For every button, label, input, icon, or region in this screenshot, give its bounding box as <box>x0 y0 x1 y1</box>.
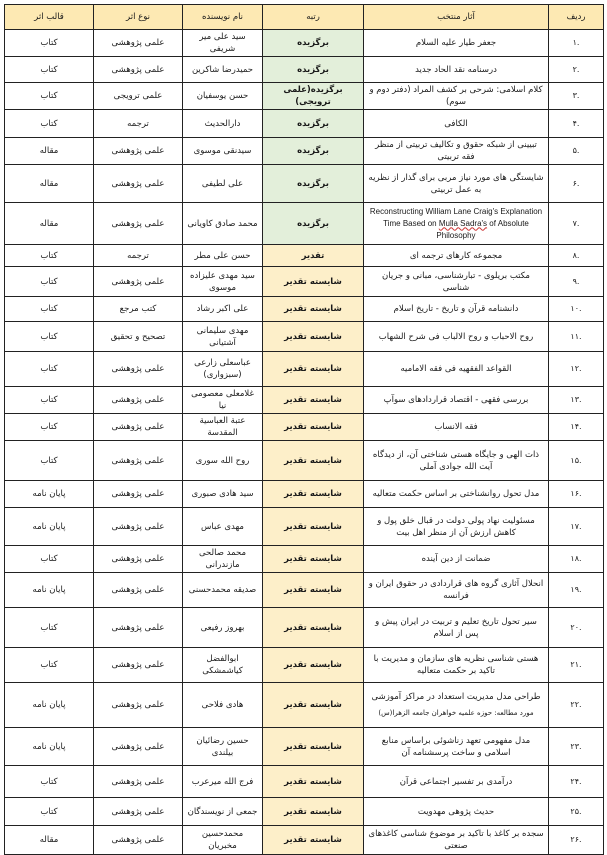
author-name: سید مهدی علیزاده موسوی <box>183 267 263 297</box>
table-row: .۲۳مدل مفهومی تعهد زناشوئی براساس منابع … <box>5 728 604 766</box>
work-format: کتاب <box>5 648 94 683</box>
work-title: مدل مفهومی تعهد زناشوئی براساس منابع اسل… <box>364 728 549 766</box>
awards-table: ردیف آثار منتخب رتبه نام نویسنده نوع اثر… <box>4 4 604 855</box>
work-title: الکافی <box>364 110 549 138</box>
rank-badge: برگزیده <box>263 203 364 245</box>
table-row: .۲۴درآمدی بر تفسیر اجتماعی قرآنشایسته تق… <box>5 766 604 798</box>
rank-badge: شایسته تقدیر <box>263 297 364 322</box>
row-number: .۱۳ <box>549 387 604 414</box>
work-type: تصحیح و تحقیق <box>94 322 183 352</box>
work-title: Reconstructing William Lane Craig's Expl… <box>364 203 549 245</box>
work-format: کتاب <box>5 83 94 110</box>
rank-badge: تقدیر <box>263 245 364 267</box>
work-type: ترجمه <box>94 110 183 138</box>
table-row: .۷Reconstructing William Lane Craig's Ex… <box>5 203 604 245</box>
work-type: علمی پژوهشی <box>94 57 183 83</box>
work-type: علمی پژوهشی <box>94 826 183 855</box>
work-format: کتاب <box>5 110 94 138</box>
row-number: .۲۱ <box>549 648 604 683</box>
author-name: علی اکبر رشاد <box>183 297 263 322</box>
table-row: .۱۱روح الاحباب و روح الالباب فی شرح الشه… <box>5 322 604 352</box>
table-row: .۱جعفر طیار علیه السلامبرگزیدهسید علی می… <box>5 30 604 57</box>
work-type: علمی پژوهشی <box>94 441 183 481</box>
table-row: .۱۷مسئولیت نهاد پولی دولت در قبال خلق پو… <box>5 508 604 546</box>
author-name: حسن یوسفیان <box>183 83 263 110</box>
table-row: .۹مکتب بریلوی - تبارشناسی، مبانی و جریان… <box>5 267 604 297</box>
row-number: .۷ <box>549 203 604 245</box>
work-title: سجده بر کاغذ با تاکید بر موضوع شناسی کاغ… <box>364 826 549 855</box>
author-name: محمدحسین مخبریان <box>183 826 263 855</box>
row-number: .۳ <box>549 83 604 110</box>
header-author: نام نویسنده <box>183 5 263 30</box>
header-title: آثار منتخب <box>364 5 549 30</box>
work-title: مجموعه کارهای ترجمه ای <box>364 245 549 267</box>
row-number: .۸ <box>549 245 604 267</box>
work-format: پایان نامه <box>5 683 94 728</box>
row-number: .۱۸ <box>549 546 604 573</box>
row-number: .۱ <box>549 30 604 57</box>
author-name: صدیقه محمدحسنی <box>183 573 263 608</box>
row-number: .۲۳ <box>549 728 604 766</box>
rank-badge: شایسته تقدیر <box>263 766 364 798</box>
rank-badge: برگزیده <box>263 165 364 203</box>
work-type: علمی پژوهشی <box>94 766 183 798</box>
title-text: شایستگی های مورد نیاز مربی برای گذار از … <box>369 173 544 195</box>
title-text: الکافی <box>444 119 467 129</box>
work-title: انحلال آثاری گروه های قراردادی در حقوق ا… <box>364 573 549 608</box>
work-format: پایان نامه <box>5 728 94 766</box>
work-title: مکتب بریلوی - تبارشناسی، مبانی و جریان ش… <box>364 267 549 297</box>
rank-badge: شایسته تقدیر <box>263 573 364 608</box>
work-type: علمی پژوهشی <box>94 30 183 57</box>
work-title: بررسی فقهی - اقتصاد قراردادهای سوآپ <box>364 387 549 414</box>
work-title: دانشنامه قرآن و تاریخ - تاریخ اسلام <box>364 297 549 322</box>
table-row: .۲۶سجده بر کاغذ با تاکید بر موضوع شناسی … <box>5 826 604 855</box>
rank-badge: برگزیده <box>263 30 364 57</box>
rank-badge: شایسته تقدیر <box>263 683 364 728</box>
title-text: فقه الانساب <box>434 422 477 432</box>
row-number: .۹ <box>549 267 604 297</box>
rank-badge: شایسته تقدیر <box>263 481 364 508</box>
table-row: .۸مجموعه کارهای ترجمه ایتقدیرحسن علی مطر… <box>5 245 604 267</box>
row-number: .۱۴ <box>549 414 604 441</box>
rank-badge: شایسته تقدیر <box>263 648 364 683</box>
row-number: .۶ <box>549 165 604 203</box>
title-text: مسئولیت نهاد پولی دولت در قبال خلق پول و… <box>377 516 535 538</box>
work-type: علمی پژوهشی <box>94 138 183 165</box>
author-name: غلامعلی معصومی نیا <box>183 387 263 414</box>
work-format: کتاب <box>5 30 94 57</box>
author-name: محمد صادق کاویانی <box>183 203 263 245</box>
row-number: .۲۶ <box>549 826 604 855</box>
author-name: بهروز رفیعی <box>183 608 263 648</box>
work-title: حدیث پژوهی مهدویت <box>364 798 549 826</box>
rank-badge: برگزیده(علمی ترویجی) <box>263 83 364 110</box>
row-number: .۴ <box>549 110 604 138</box>
table-row: .۱۳بررسی فقهی - اقتصاد قراردادهای سوآپشا… <box>5 387 604 414</box>
title-text: مکتب بریلوی - تبارشناسی، مبانی و جریان ش… <box>382 271 530 293</box>
table-row: .۵تبیینی از شبکه حقوق و تکالیف تربیتی از… <box>5 138 604 165</box>
table-row: .۱۲القواعد الفقهیه فی فقه الامامیهشایسته… <box>5 352 604 387</box>
row-number: .۵ <box>549 138 604 165</box>
work-format: مقاله <box>5 203 94 245</box>
work-title: مسئولیت نهاد پولی دولت در قبال خلق پول و… <box>364 508 549 546</box>
title-text: سیر تحول تاریخ تعلیم و تربیت در ایران پی… <box>375 617 537 639</box>
title-text: تبیینی از شبکه حقوق و تکالیف تربیتی از م… <box>375 140 537 162</box>
work-format: مقاله <box>5 826 94 855</box>
work-type: علمی پژوهشی <box>94 573 183 608</box>
author-name: علی لطیفی <box>183 165 263 203</box>
work-format: کتاب <box>5 352 94 387</box>
header-rank: رتبه <box>263 5 364 30</box>
author-name: عباسعلی زارعی (سبزواری) <box>183 352 263 387</box>
work-type: علمی پژوهشی <box>94 481 183 508</box>
header-row-number: ردیف <box>549 5 604 30</box>
work-title: جعفر طیار علیه السلام <box>364 30 549 57</box>
author-name: مهدی سلیمانی آشتیانی <box>183 322 263 352</box>
work-type: علمی پژوهشی <box>94 267 183 297</box>
rank-badge: شایسته تقدیر <box>263 267 364 297</box>
title-text: درسنامه نقد الحاد جدید <box>415 65 497 75</box>
work-format: کتاب <box>5 387 94 414</box>
rank-badge: شایسته تقدیر <box>263 728 364 766</box>
author-name: هادی فلاحی <box>183 683 263 728</box>
author-name: ابوالفضل کیاشمشکی <box>183 648 263 683</box>
table-row: .۲۰سیر تحول تاریخ تعلیم و تربیت در ایران… <box>5 608 604 648</box>
work-format: پایان نامه <box>5 481 94 508</box>
work-format: کتاب <box>5 322 94 352</box>
work-type: علمی پژوهشی <box>94 387 183 414</box>
title-text: کلام اسلامی: شرحی بر کشف المراد (دفتر دو… <box>369 85 542 107</box>
work-format: کتاب <box>5 608 94 648</box>
table-row: .۴الکافیبرگزیدهدارالحدیثترجمهکتاب <box>5 110 604 138</box>
rank-badge: شایسته تقدیر <box>263 414 364 441</box>
work-type: علمی پژوهشی <box>94 683 183 728</box>
title-text: حدیث پژوهی مهدویت <box>418 807 494 817</box>
row-number: .۱۶ <box>549 481 604 508</box>
work-format: مقاله <box>5 138 94 165</box>
work-title: درآمدی بر تفسیر اجتماعی قرآن <box>364 766 549 798</box>
work-format: پایان نامه <box>5 573 94 608</box>
rank-badge: شایسته تقدیر <box>263 798 364 826</box>
work-type: علمی پژوهشی <box>94 608 183 648</box>
rank-badge: شایسته تقدیر <box>263 546 364 573</box>
table-row: .۲۱هستی شناسی نظریه های سازمان و مدیریت … <box>5 648 604 683</box>
author-name: جمعی از نویسندگان <box>183 798 263 826</box>
title-text: جعفر طیار علیه السلام <box>416 38 496 48</box>
table-row: .۲۵حدیث پژوهی مهدویتشایسته تقدیرجمعی از … <box>5 798 604 826</box>
row-number: .۱۵ <box>549 441 604 481</box>
row-number: .۲۴ <box>549 766 604 798</box>
work-title: مدل تحول روانشناختی بر اساس حکمت متعالیه <box>364 481 549 508</box>
work-title: روح الاحباب و روح الالباب فی شرح الشهاب <box>364 322 549 352</box>
title-text: بررسی فقهی - اقتصاد قراردادهای سوآپ <box>384 395 529 405</box>
title-text: هستی شناسی نظریه های سازمان و مدیریت با … <box>374 654 539 676</box>
rank-badge: برگزیده <box>263 57 364 83</box>
work-format: کتاب <box>5 245 94 267</box>
work-format: کتاب <box>5 267 94 297</box>
row-number: .۲۵ <box>549 798 604 826</box>
work-title: شایستگی های مورد نیاز مربی برای گذار از … <box>364 165 549 203</box>
title-main: طراحی مدل مدیریت استعداد در مراکز آموزشی <box>372 692 541 702</box>
author-name: سید هادی صبوری <box>183 481 263 508</box>
table-row: .۱۸ضمانت از دین آیندهشایسته تقدیرمحمد صا… <box>5 546 604 573</box>
rank-badge: برگزیده <box>263 110 364 138</box>
author-name: عتبة العباسیة المقدسة <box>183 414 263 441</box>
table-row: .۳کلام اسلامی: شرحی بر کشف المراد (دفتر … <box>5 83 604 110</box>
work-format: کتاب <box>5 766 94 798</box>
work-type: علمی پژوهشی <box>94 728 183 766</box>
row-number: .۱۹ <box>549 573 604 608</box>
rank-badge: شایسته تقدیر <box>263 352 364 387</box>
row-number: .۲۲ <box>549 683 604 728</box>
work-title: القواعد الفقهیه فی فقه الامامیه <box>364 352 549 387</box>
work-format: کتاب <box>5 57 94 83</box>
work-title: هستی شناسی نظریه های سازمان و مدیریت با … <box>364 648 549 683</box>
table-row: .۲۲طراحی مدل مدیریت استعداد در مراکز آمو… <box>5 683 604 728</box>
work-type: علمی پژوهشی <box>94 798 183 826</box>
work-title: ضمانت از دین آینده <box>364 546 549 573</box>
author-name: حسن علی مطر <box>183 245 263 267</box>
work-format: کتاب <box>5 546 94 573</box>
table-row: .۱۹انحلال آثاری گروه های قراردادی در حقو… <box>5 573 604 608</box>
row-number: .۱۱ <box>549 322 604 352</box>
title-text: سجده بر کاغذ با تاکید بر موضوع شناسی کاغ… <box>368 829 543 851</box>
row-number: .۲ <box>549 57 604 83</box>
title-text: درآمدی بر تفسیر اجتماعی قرآن <box>400 777 512 787</box>
rank-badge: شایسته تقدیر <box>263 608 364 648</box>
table-row: .۱۴فقه الانسابشایسته تقدیرعتبة العباسیة … <box>5 414 604 441</box>
work-title: ذات الهی و جایگاه هستی شناختی آن، از دید… <box>364 441 549 481</box>
rank-badge: برگزیده <box>263 138 364 165</box>
rank-badge: شایسته تقدیر <box>263 441 364 481</box>
row-number: .۱۲ <box>549 352 604 387</box>
author-name: روح الله سوری <box>183 441 263 481</box>
title-text: دانشنامه قرآن و تاریخ - تاریخ اسلام <box>394 304 519 314</box>
title-text: ضمانت از دین آینده <box>422 554 491 564</box>
work-title: کلام اسلامی: شرحی بر کشف المراد (دفتر دو… <box>364 83 549 110</box>
table-row: .۱۶مدل تحول روانشناختی بر اساس حکمت متعا… <box>5 481 604 508</box>
work-title: درسنامه نقد الحاد جدید <box>364 57 549 83</box>
title-text: مدل مفهومی تعهد زناشوئی براساس منابع اسل… <box>382 736 530 758</box>
rank-badge: شایسته تقدیر <box>263 387 364 414</box>
rank-badge: شایسته تقدیر <box>263 826 364 855</box>
header-format: قالب اثر <box>5 5 94 30</box>
author-name: فرج الله میرعرب <box>183 766 263 798</box>
work-title: سیر تحول تاریخ تعلیم و تربیت در ایران پی… <box>364 608 549 648</box>
header-type: نوع اثر <box>94 5 183 30</box>
author-name: حمیدرضا شاکرین <box>183 57 263 83</box>
table-row: .۱۰دانشنامه قرآن و تاریخ - تاریخ اسلامشا… <box>5 297 604 322</box>
work-type: علمی پژوهشی <box>94 352 183 387</box>
work-format: کتاب <box>5 798 94 826</box>
author-name: مهدی عباس <box>183 508 263 546</box>
author-name: حسین رضائیان بیلندی <box>183 728 263 766</box>
row-number: .۱۰ <box>549 297 604 322</box>
author-name: محمد صالحی مازندرانی <box>183 546 263 573</box>
work-type: علمی پژوهشی <box>94 203 183 245</box>
author-name: دارالحدیث <box>183 110 263 138</box>
work-type: علمی پژوهشی <box>94 546 183 573</box>
table-row: .۲درسنامه نقد الحاد جدیدبرگزیدهحمیدرضا ش… <box>5 57 604 83</box>
row-number: .۲۰ <box>549 608 604 648</box>
work-type: علمی پژوهشی <box>94 165 183 203</box>
work-format: کتاب <box>5 441 94 481</box>
rank-badge: شایسته تقدیر <box>263 508 364 546</box>
work-type: علمی ترویجی <box>94 83 183 110</box>
work-type: علمی پژوهشی <box>94 508 183 546</box>
rank-badge: شایسته تقدیر <box>263 322 364 352</box>
author-name: سیدنقی موسوی <box>183 138 263 165</box>
work-format: کتاب <box>5 414 94 441</box>
work-format: کتاب <box>5 297 94 322</box>
table-row: .۱۵ذات الهی و جایگاه هستی شناختی آن، از … <box>5 441 604 481</box>
title-english: Reconstructing William Lane Craig's Expl… <box>370 207 542 240</box>
header-row: ردیف آثار منتخب رتبه نام نویسنده نوع اثر… <box>5 5 604 30</box>
title-subtitle: مورد مطالعه: حوزه علمیه خواهران جامعه ال… <box>368 707 544 719</box>
work-title: تبیینی از شبکه حقوق و تکالیف تربیتی از م… <box>364 138 549 165</box>
work-title: طراحی مدل مدیریت استعداد در مراکز آموزشی… <box>364 683 549 728</box>
work-format: پایان نامه <box>5 508 94 546</box>
table-body: .۱جعفر طیار علیه السلامبرگزیدهسید علی می… <box>5 30 604 855</box>
work-title: فقه الانساب <box>364 414 549 441</box>
title-text: مجموعه کارهای ترجمه ای <box>410 251 502 261</box>
table-row: .۶شایستگی های مورد نیاز مربی برای گذار ا… <box>5 165 604 203</box>
work-type: علمی پژوهشی <box>94 648 183 683</box>
title-text: ذات الهی و جایگاه هستی شناختی آن، از دید… <box>373 450 539 472</box>
title-text: القواعد الفقهیه فی فقه الامامیه <box>400 364 511 374</box>
title-text: روح الاحباب و روح الالباب فی شرح الشهاب <box>379 332 533 342</box>
author-name: سید علی میر شریفی <box>183 30 263 57</box>
work-type: علمی پژوهشی <box>94 414 183 441</box>
work-type: کتب مرجع <box>94 297 183 322</box>
row-number: .۱۷ <box>549 508 604 546</box>
title-text: مدل تحول روانشناختی بر اساس حکمت متعالیه <box>373 489 540 499</box>
work-type: ترجمه <box>94 245 183 267</box>
title-text: انحلال آثاری گروه های قراردادی در حقوق ا… <box>369 579 544 601</box>
work-format: مقاله <box>5 165 94 203</box>
